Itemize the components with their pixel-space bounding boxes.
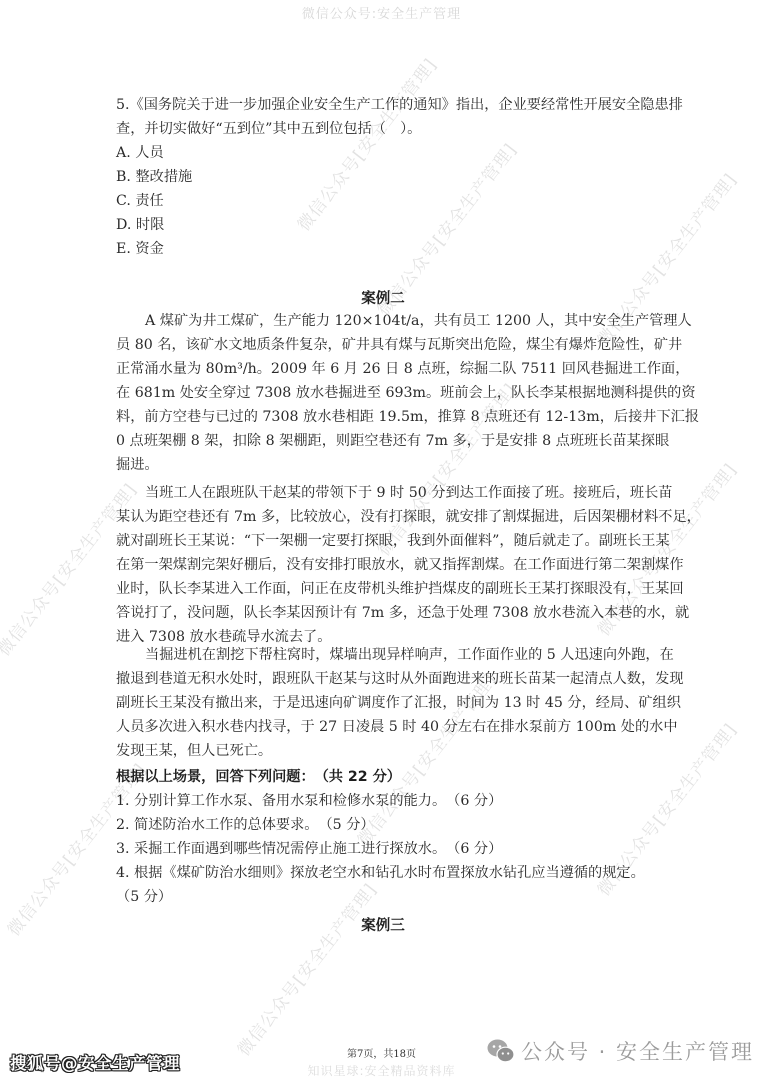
paragraph-line: 在第一架煤割完架好棚后，没有安排打眼放水，就又指挥割煤。在工作面进行第二架割煤作 — [116, 553, 650, 577]
case3-title: 案例三 — [116, 914, 650, 935]
paragraph-line: 就对副班长王某说：“下一架棚一定要打探眼，我到外面催料”，随后就走了。副班长王某 — [116, 529, 650, 553]
case2-paragraph-2: 当班工人在跟班队干赵某的带领下于 9 时 50 分到达工作面接了班。接班后，班长… — [116, 481, 650, 649]
paragraph-line: 答说打了，没问题，队长李某因预计有 7m 多，还急于处理 7308 放水巷流入本… — [116, 601, 650, 625]
question-stem-line: 5.《国务院关于进一步加强企业安全生产工作的通知》指出，企业要经常性开展安全隐患… — [116, 93, 650, 117]
paragraph-line: 正常涌水量为 80m³/h。2009 年 6 月 26 日 8 点班，综掘二队 … — [116, 357, 650, 381]
paragraph-line: 撤退到巷道无积水处时，跟班队干赵某与这时从外面跑进来的班长苗某一起清点人数，发现 — [116, 667, 650, 691]
case2-question-1: 1. 分别计算工作水泵、备用水泵和检修水泵的能力。 （6 分） — [116, 789, 650, 813]
paragraph-line: 0 点班架棚 8 架，扣除 8 架棚距，则距空巷还有 7m 多，于是安排 8 点… — [116, 429, 650, 453]
option-c: C. 责任 — [116, 189, 650, 213]
paragraph-line: 当班工人在跟班队干赵某的带领下于 9 时 50 分到达工作面接了班。接班后，班长… — [116, 481, 650, 505]
paragraph-line: 掘进。 — [116, 453, 650, 477]
wechat-icon — [487, 1038, 515, 1064]
paragraph-line: 料，前方空巷与已过的 7308 放水巷相距 19.5m，推算 8 点班还有 12… — [116, 405, 650, 429]
option-a: A. 人员 — [116, 141, 650, 165]
paragraph-line: 员 80 名，该矿水文地质条件复杂，矿井具有煤与瓦斯突出危险，煤尘有爆炸危险性，… — [116, 333, 650, 357]
wechat-account-label: 公众号 · 安全生产管理 — [521, 1036, 754, 1066]
paragraph-line: A 煤矿为井工煤矿，生产能力 120×104t/a，共有员工 1200 人，其中… — [116, 309, 650, 333]
paragraph-line: 人员多次进入积水巷内找寻，于 27 日凌晨 5 时 40 分左右在排水泵前方 1… — [116, 715, 650, 739]
paragraph-line: 业时，队长李某进入工作面，问正在皮带机头维护挡煤皮的副班长王某打探眼没有，王某回 — [116, 577, 650, 601]
paragraph-line: 在 681m 处安全穿过 7308 放水巷掘进至 693m。班前会上，队长李某根… — [116, 381, 650, 405]
option-e: E. 资金 — [116, 237, 650, 261]
question-5: 5.《国务院关于进一步加强企业安全生产工作的通知》指出，企业要经常性开展安全隐患… — [116, 93, 650, 261]
paragraph-line: 副班长王某没有撤出来，于是迅速向矿调度作了汇报，时间为 13 时 45 分，经局… — [116, 691, 650, 715]
top-watermark: 微信公众号:安全生产管理 — [0, 3, 763, 22]
wechat-account-badge: 公众号 · 安全生产管理 — [487, 1036, 754, 1066]
case2-question-4: 4. 根据《煤矿防治水细则》探放老空水和钻孔水时布置探放水钻孔应当遵循的规定。（… — [116, 861, 650, 909]
paragraph-line: 发现王某，但人已死亡。 — [116, 739, 650, 763]
case2-title: 案例二 — [116, 287, 650, 308]
option-d: D. 时限 — [116, 213, 650, 237]
case2-question-2: 2. 简述防治水工作的总体要求。 （5 分） — [116, 813, 650, 837]
question-stem-line: 查，并切实做好“五到位”其中五到位包括（ ）。 — [116, 117, 650, 141]
case2-question-3: 3. 采掘工作面遇到哪些情况需停止施工进行探放水。 （6 分） — [116, 837, 650, 861]
paragraph-line: 当掘进机在割挖下帮柱窝时，煤墙出现异样响声，工作面作业的 5 人迅速向外跑，在 — [116, 643, 650, 667]
case2-paragraph-3: 当掘进机在割挖下帮柱窝时，煤墙出现异样响声，工作面作业的 5 人迅速向外跑，在 … — [116, 643, 650, 763]
sohu-credit: 搜狐号@安全生产管理 — [10, 1050, 180, 1074]
paragraph-line: 某认为距空巷还有 7m 多，比较放心，没有打探眼，就安排了割煤掘进，后因架棚材料… — [116, 505, 650, 529]
case2-paragraph-1: A 煤矿为井工煤矿，生产能力 120×104t/a，共有员工 1200 人，其中… — [116, 309, 650, 477]
case2-questions: 根据以上场景，回答下列问题： （共 22 分） 1. 分别计算工作水泵、备用水泵… — [116, 765, 650, 909]
questions-prompt: 根据以上场景，回答下列问题： （共 22 分） — [116, 765, 650, 789]
option-b: B. 整改措施 — [116, 165, 650, 189]
